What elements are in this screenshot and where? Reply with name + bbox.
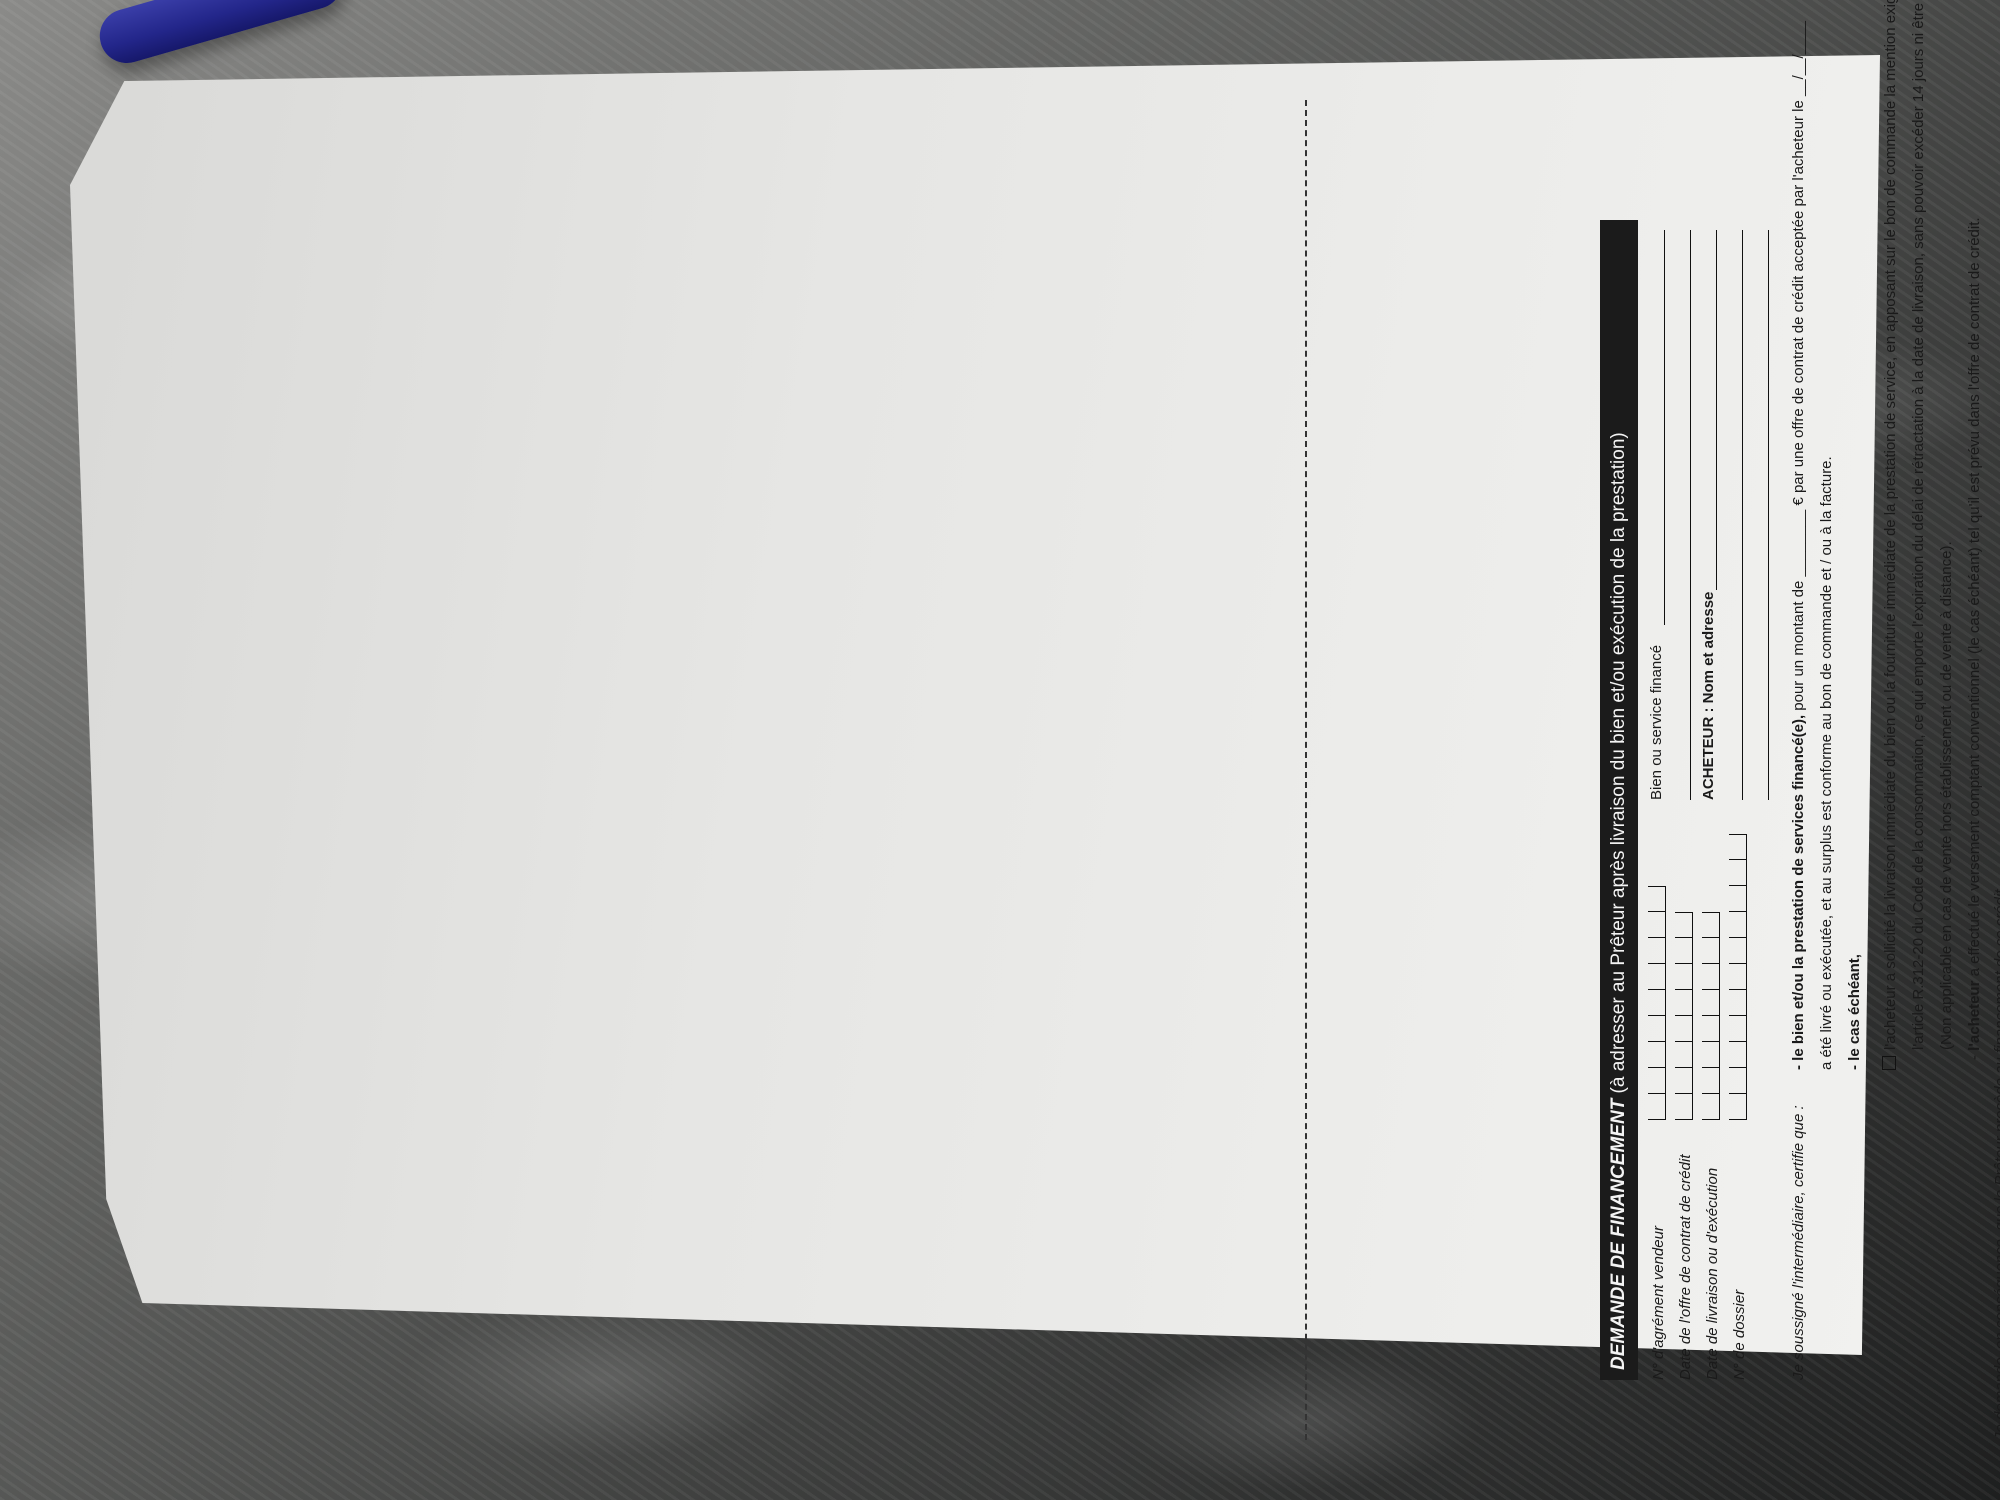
- certify-line-3: - le cas échéant,: [1846, 954, 1863, 1070]
- acheteur-line-2[interactable]: [1742, 230, 1743, 800]
- acheteur-line-3[interactable]: [1768, 230, 1769, 800]
- certify-intro: Je soussigné l'intermédiaire, certifie q…: [1790, 1105, 1807, 1380]
- certify-line-4: - l'acheteur a effectué le versement com…: [1966, 217, 1983, 1060]
- form-title-rest: (à adresser au Prêteur après livraison d…: [1608, 432, 1629, 1098]
- field-label-dossier: N° de dossier: [1731, 1290, 1748, 1380]
- certify-line-2: a été livré ou exécutée, et au surplus e…: [1818, 456, 1835, 1070]
- dossier-boxes[interactable]: [1729, 834, 1747, 1120]
- certify-line-1: - le bien et/ou la prestation de service…: [1790, 21, 1807, 1070]
- immediate-delivery-option: l'acheteur a sollicité la livraison immé…: [1882, 0, 1899, 1070]
- certify-line-3-bold: - le cas échéant,: [1846, 954, 1863, 1070]
- acheteur-label: ACHETEUR : Nom et adresse: [1700, 592, 1717, 800]
- certify-line-1-bold: - le bien et/ou la prestation de service…: [1790, 715, 1807, 1070]
- field-label-agrement: N° d'agrément vendeur: [1650, 1226, 1667, 1380]
- certify-line-4-rest: a effectué le versement comptant convent…: [1966, 217, 1983, 980]
- field-label-date-livraison: Date de livraison ou d'exécution: [1704, 1168, 1721, 1380]
- form-title-strong: DEMANDE DE FINANCEMENT: [1608, 1099, 1629, 1370]
- financing-request-form: DEMANDE DE FINANCEMENT (à adresser au Pr…: [1600, 100, 2000, 1440]
- date-livraison-boxes[interactable]: [1702, 912, 1720, 1120]
- bien-service-line[interactable]: [1664, 230, 1665, 625]
- agrement-boxes[interactable]: [1648, 886, 1666, 1120]
- blue-pen-object: [93, 0, 348, 69]
- field-label-date-offre: Date de l'offre de contrat de crédit: [1677, 1155, 1694, 1381]
- immediate-delivery-checkbox[interactable]: [1882, 1056, 1896, 1070]
- dashed-cut-line: [1305, 100, 1307, 1440]
- certify-line-4-prefix: -: [1966, 1051, 1983, 1060]
- check-line-1: l'acheteur a sollicité la livraison immé…: [1882, 0, 1899, 1050]
- date-offre-boxes[interactable]: [1675, 912, 1693, 1120]
- certify-conclusion: Je demande, en conséquence, que le Prête…: [1992, 885, 2000, 1440]
- certify-line-4-bold: l'acheteur: [1966, 981, 1983, 1051]
- certify-line-1-rest: pour un montant de ________ € par une of…: [1790, 21, 1807, 715]
- check-line-3: (Non applicable en cas de vente hors éta…: [1938, 541, 1955, 1050]
- bien-service-label: Bien ou service financé: [1648, 645, 1665, 800]
- bien-service-line-2[interactable]: [1690, 230, 1691, 800]
- check-line-2: l'article R.312-20 du Code de la consomm…: [1910, 0, 1927, 1050]
- acheteur-line-1[interactable]: [1716, 230, 1717, 590]
- form-header: DEMANDE DE FINANCEMENT (à adresser au Pr…: [1600, 220, 1638, 1380]
